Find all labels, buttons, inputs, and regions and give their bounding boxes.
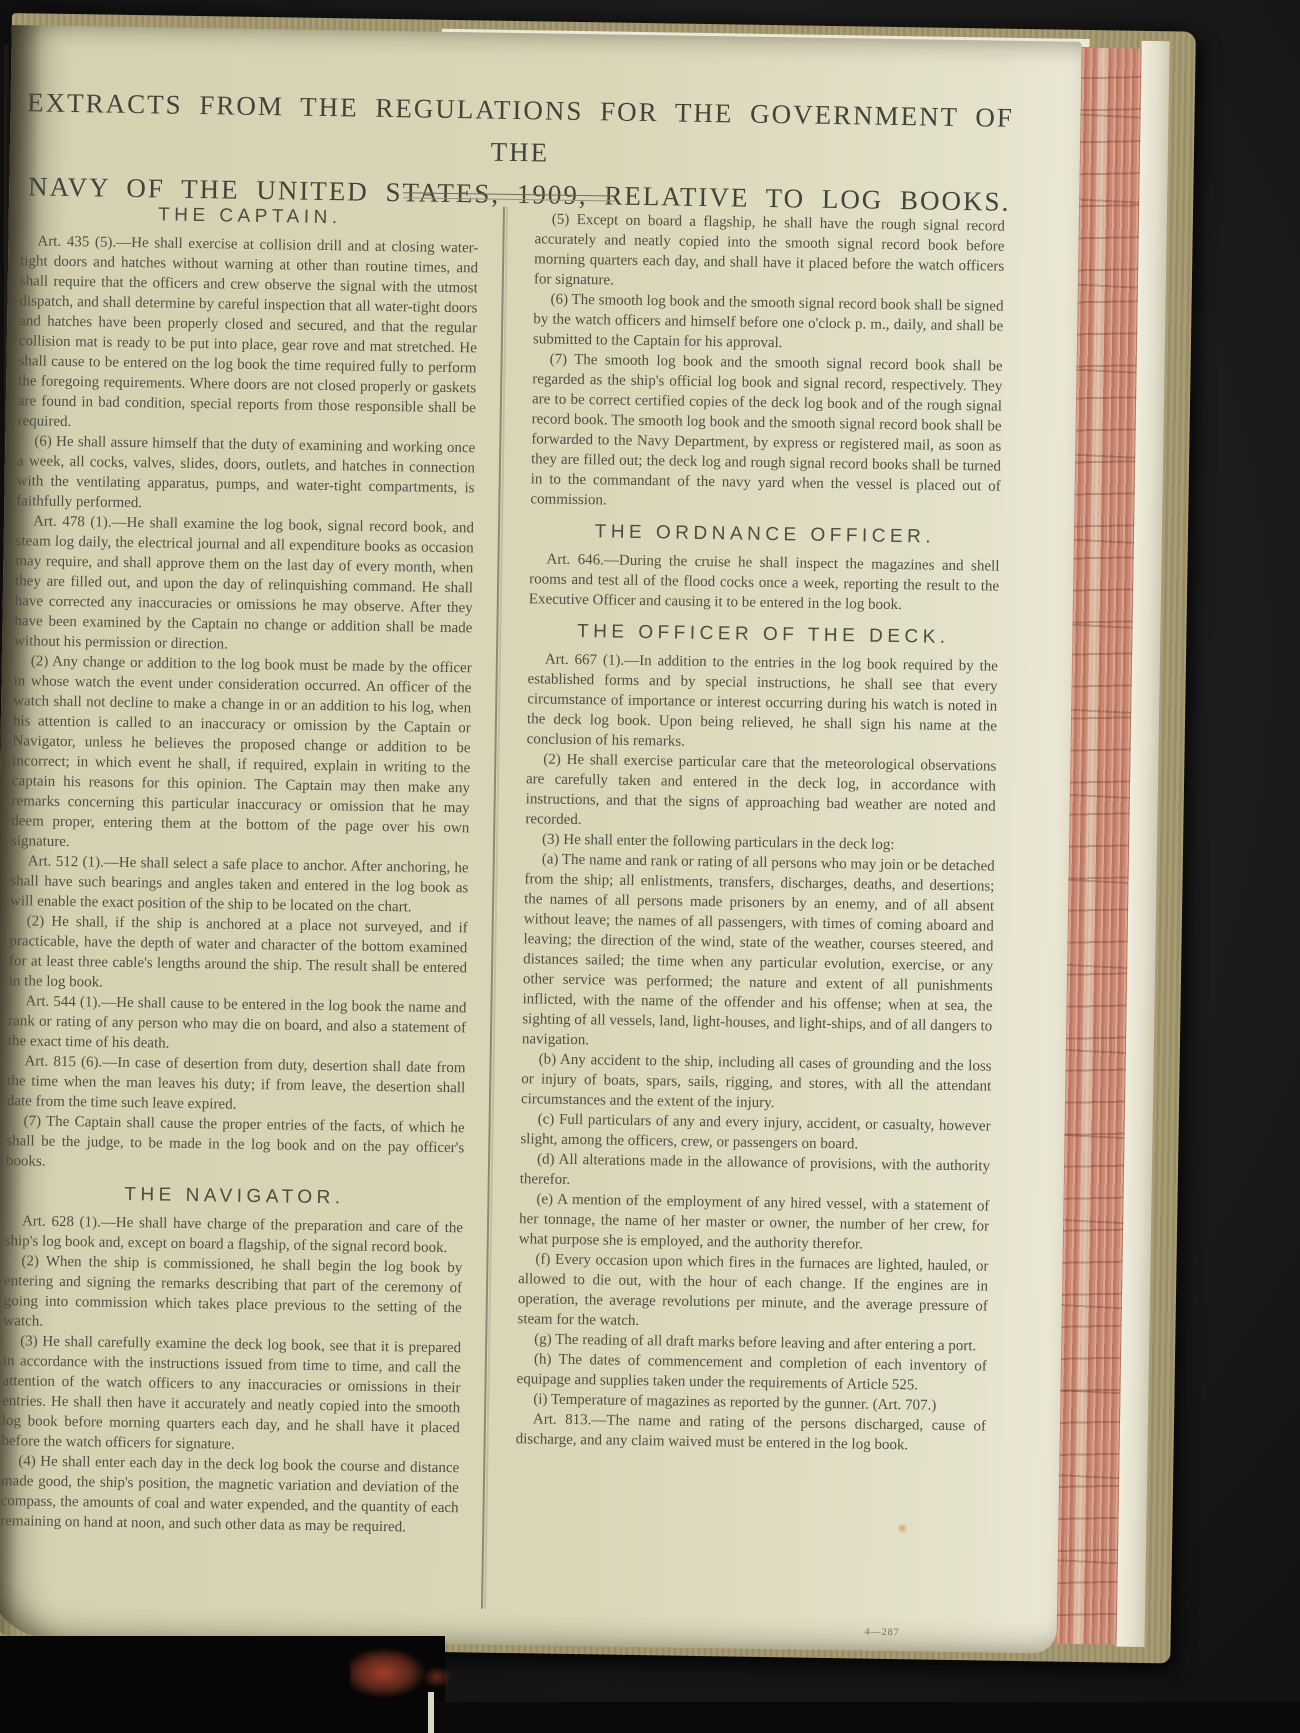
paragraph-628-3: (3) He shall carefully examine the deck … [1, 1331, 461, 1458]
paragraph-667-b: (b) Any accident to the ship, including … [521, 1049, 992, 1116]
paragraph-art-813: Art. 813.—The name and rating of the per… [516, 1409, 987, 1456]
page-title: EXTRACTS FROM THE REGULATIONS FOR THE GO… [23, 81, 1017, 223]
paragraph-435-6: (6) He shall assure himself that the dut… [16, 431, 475, 518]
paragraph-art-815-6: Art. 815 (6).—In case of desertion from … [7, 1051, 466, 1118]
red-stain [350, 1648, 426, 1698]
page-title-line1: EXTRACTS FROM THE REGULATIONS FOR THE GO… [24, 81, 1017, 181]
paragraph-478-2: (2) Any change or addition to the log bo… [11, 651, 472, 858]
paragraph-art-512-1: Art. 512 (1).—He shall select a safe pla… [10, 851, 469, 918]
section-heading-navigator: THE NAVIGATOR. [5, 1183, 463, 1210]
paragraph-667-a: (a) The name and rank or rating of all p… [522, 849, 995, 1056]
section-heading-captain: THE CAPTAIN. [21, 203, 479, 230]
red-stain-small [422, 1666, 452, 1688]
printers-mark: 4—287 [865, 1627, 900, 1639]
paragraph-815-7: (7) The Captain shall cause the proper e… [6, 1111, 465, 1178]
paragraph-628-4: (4) He shall enter each day in the deck … [0, 1451, 459, 1538]
paragraph-628-6: (6) The smooth log book and the smooth s… [533, 289, 1004, 356]
paragraph-art-544-1: Art. 544 (1).—He shall cause to be enter… [8, 991, 467, 1058]
column-divider-rule [481, 207, 505, 1609]
paragraph-art-435-5: Art. 435 (5).—He shall exercise at colli… [17, 231, 478, 438]
paragraph-667-2: (2) He shall exercise particular care th… [525, 749, 996, 836]
book: EXTRACTS FROM THE REGULATIONS FOR THE GO… [0, 13, 1196, 1663]
section-heading-ordnance-officer: THE ORDNANCE OFFICER. [530, 521, 1000, 548]
left-column: THE CAPTAIN. Art. 435 (5).—He shall exer… [0, 201, 479, 1628]
foxing-spot [896, 1523, 908, 1533]
right-column: (5) Except on board a flagship, he shall… [512, 209, 1005, 1656]
background-bottom-strip [430, 1702, 1300, 1733]
scanned-book-photo: EXTRACTS FROM THE REGULATIONS FOR THE GO… [0, 0, 1300, 1733]
background-sliver [428, 1692, 434, 1733]
book-page: EXTRACTS FROM THE REGULATIONS FOR THE GO… [0, 25, 1082, 1654]
paragraph-628-5: (5) Except on board a flagship, he shall… [534, 209, 1005, 296]
paragraph-667-f: (f) Every occasion upon which fires in t… [517, 1249, 988, 1336]
section-heading-officer-of-the-deck: THE OFFICER OF THE DECK. [528, 621, 998, 648]
paragraph-628-2: (2) When the ship is commissioned, he sh… [3, 1251, 462, 1338]
paragraph-512-2: (2) He shall, if the ship is anchored at… [9, 911, 468, 998]
paragraph-art-478-1: Art. 478 (1).—He shall examine the log b… [14, 511, 474, 658]
paragraph-667-e: (e) A mention of the employment of any h… [519, 1189, 990, 1256]
paragraph-art-646: Art. 646.—During the cruise he shall ins… [529, 549, 1000, 616]
paragraph-628-7: (7) The smooth log book and the smooth s… [530, 349, 1002, 516]
paragraph-art-667-1: Art. 667 (1).—In addition to the entries… [527, 649, 999, 756]
